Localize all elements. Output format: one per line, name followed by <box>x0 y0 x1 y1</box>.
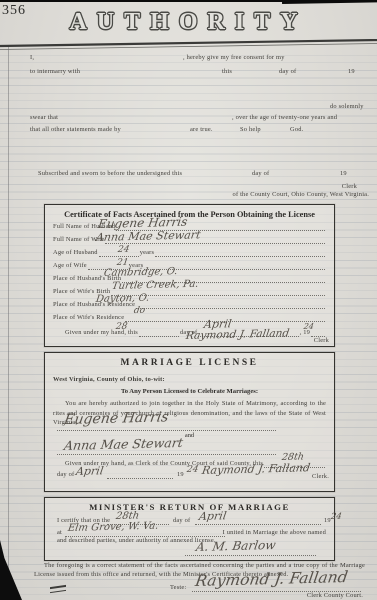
handwritten-husband-residence: Dayton, O. <box>95 293 150 305</box>
cert-field-label: Age of Husband <box>53 249 98 257</box>
cert-field-label: Place of Wife's Residence <box>53 314 124 322</box>
handwritten-husband-birthplace: Cambridge, O. <box>103 266 178 279</box>
subscribed-year: 19 <box>340 170 347 178</box>
cert-field-suffix: years <box>140 249 154 257</box>
consent-year: 19 <box>348 68 355 76</box>
dotted-line <box>107 477 173 479</box>
cert-field-row: Age of Husbandyears <box>53 249 326 257</box>
consent-i: I, <box>30 54 34 62</box>
minister-described: and described parties, under authority o… <box>57 537 216 545</box>
handwritten-groom-name: Eugene Harris <box>63 409 170 428</box>
oath-god: God. <box>290 126 303 134</box>
dotted-line <box>195 523 321 525</box>
left-margin-rule <box>8 46 9 600</box>
license-title: MARRIAGE LICENSE <box>45 358 334 368</box>
handwritten-place: Elm Grove, W. Va. <box>67 521 159 534</box>
dotted-line <box>155 250 325 257</box>
dotted-line <box>57 453 276 455</box>
minister-title: MINISTER'S RETURN OF MARRIAGE <box>45 502 334 512</box>
license-year19: 19 <box>177 471 184 479</box>
clerk-label: Clerk <box>314 337 329 345</box>
handwritten-husband-age: 24 <box>117 245 130 255</box>
county-court-line: of the County Court, Ohio County, West V… <box>233 191 369 199</box>
minister-at: at <box>57 529 62 537</box>
marriage-license-box: MARRIAGE LICENSE West Virginia, County o… <box>44 352 335 492</box>
consent-day-of: day of <box>279 68 296 76</box>
page-title: AUTHORITY <box>0 9 377 36</box>
subscribed-day-of: day of <box>252 170 269 178</box>
certificate-title: Certificate of Facts Ascertained from th… <box>45 210 334 219</box>
clerk-county-court-label: Clerk County Court. <box>307 592 363 600</box>
handwritten-year: 24 <box>330 512 342 522</box>
subscribed-line: Subscribed and sworn to before the under… <box>38 170 182 178</box>
handwritten-year: 24 <box>186 465 199 475</box>
license-county-line: West Virginia, County of Ohio, to-wit: <box>53 376 165 384</box>
handwritten-day: 28 <box>115 322 128 332</box>
cert-given-prefix: Given under my hand, this <box>65 329 138 337</box>
handwritten-wife-residence: do <box>133 306 146 316</box>
ministers-return-box: MINISTER'S RETURN OF MARRIAGE I certify … <box>44 497 335 561</box>
oath-so-help: So help <box>240 126 261 134</box>
cert-field-row: Age of Wifeyears <box>53 262 326 270</box>
clerk-label: Clerk. <box>312 473 329 481</box>
clerk-signature: Raymond J. Falland <box>185 327 290 342</box>
handwritten-month: April <box>198 509 227 523</box>
minister-day-of: day of <box>173 517 190 525</box>
teste-label: Teste: <box>170 584 186 592</box>
oath-are-true: are true. <box>190 126 213 134</box>
license-day-of: day of <box>57 471 74 479</box>
dotted-line <box>139 330 179 337</box>
license-addressee: To Any Person Licensed to Celebrate Marr… <box>45 388 334 395</box>
oath-statements: that all other statements made by <box>30 126 121 134</box>
dotted-line <box>185 554 316 556</box>
clerk-signature: Raymond J. Falland <box>201 461 311 477</box>
oath-do-solemnly: do solemnly <box>330 103 364 111</box>
consent-hereby: , hereby give my free consent for my <box>183 54 285 62</box>
cert-field-row: Place of Wife's Residence <box>53 314 326 322</box>
dotted-line <box>57 429 276 431</box>
dotted-line <box>136 302 325 309</box>
minister-united: I united in Marriage the above named <box>223 529 326 537</box>
consent-intermarry: to intermarry with <box>30 68 80 76</box>
handwritten-wife-birthplace: Turtle Creek, Pa. <box>111 279 199 292</box>
clerk-word: Clerk <box>342 183 357 191</box>
header-rule <box>0 38 377 50</box>
scanned-record-page: 356 AUTHORITY I, , hereby give my free c… <box>0 0 377 600</box>
cert-field-label: Age of Wife <box>53 262 87 270</box>
handwritten-year: 24 <box>303 322 315 331</box>
oath-swear-that: swear that <box>30 114 58 122</box>
handwritten-bride-name: Anna Mae Stewart <box>63 435 184 453</box>
oath-over-age: , over the age of twenty-one years and <box>232 114 337 122</box>
certificate-box: Certificate of Facts Ascertained from th… <box>44 204 335 347</box>
minister-signature: A. M. Barlow <box>195 538 277 554</box>
handwritten-month: April <box>75 464 104 478</box>
consent-this: this <box>222 68 232 76</box>
